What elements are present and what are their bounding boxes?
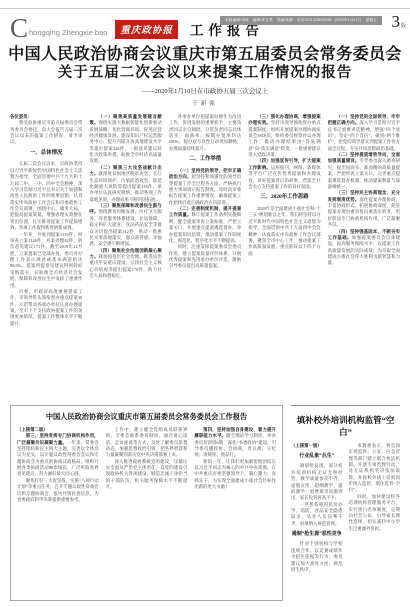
body-paragraph: （二）聚焦三大攻坚战献计出力。就深度贫困地区脱贫攻坚、长江生态环境保护、污染防治…: [89, 165, 161, 203]
lead-article-body: 各位委员：我受政协重庆市第五届委员会常务委员会委托，向大会报告五届二次会议以来的…: [10, 114, 400, 397]
text-column: （一）聚焦高质量发展建言献策。围绕实施大数据智能化创新驱动发展战略、优化营商环境…: [89, 114, 161, 397]
crosshead: 行业乱象“丛生”: [291, 453, 343, 460]
page-label: 版: [401, 24, 406, 29]
body-paragraph: 调研组发现，部分校外培训机构无证无照经营，教学质量参差不齐，虚假宣传、超纲教学、…: [291, 463, 343, 501]
page-number: 3版: [391, 12, 406, 32]
headline-line-2: 关于五届二次会议以来提案工作情况的报告: [0, 65, 410, 82]
paragraph-lead: （二）坚持提质增效导向，全面加强质量建设。: [328, 152, 400, 163]
text-column: （三）强化办理协商，增强提案办理实效。坚持市领导领衔督办重点提案制度，组织开展提…: [248, 114, 320, 397]
body-paragraph: （四）聚焦社会治理创新凝心聚力。就加强基层社会治理、推进法治重庆平安重庆建设、弘…: [89, 248, 161, 280]
body-paragraph: 第三，坚持发挥专门协商机构作用，广泛凝聚共识凝聚力量。一年来，常委会坚持团结和民…: [17, 433, 99, 478]
body-paragraph: 市委、市政府高度重视提案工作，市领导带头领衔督办重点提案38件，示范带动各承办单…: [10, 289, 82, 327]
section-heading: 三、2020年工作思路: [248, 194, 320, 202]
body-paragraph: （上接第一版）: [291, 443, 343, 449]
text-column: （一）坚持党的全面领导，牢牢把握正确方向。深入学习贯彻习近平总书记重要讲话精神，…: [328, 114, 400, 397]
text-column: （上接第二版）第三，坚持发挥专门协商机构作用，广泛凝聚共识凝聚力量。一年来，常委…: [17, 427, 99, 596]
boxed-article-title: 中国人民政治协商会议重庆市第五届委员会常务委员会工作报告: [17, 412, 276, 422]
body-paragraph: 深入推进政协系统党的建设，压紧压实全面从严治党主体责任，以党的建设引领政协机关各…: [106, 459, 188, 491]
body-paragraph: 一年来，共收到提案1339件，经审查立案1126件，并案处理42件，转作意见建议…: [10, 232, 82, 289]
paragraph-lead: （一）聚焦高质量发展建言献策。: [89, 114, 161, 125]
text-column: 第四，坚持加强自身建设，着力提升履职能力水平。健全理论学习制度，举办委员培训班6…: [194, 427, 276, 596]
boxed-article-body: （上接第二版）第三，坚持发挥专门协商机构作用，广泛凝聚共识凝聚力量。一年来，常委…: [17, 427, 276, 596]
paragraph-lead: （四）聚焦社会治理创新凝心聚力。: [89, 248, 161, 259]
body-paragraph: （三）聚焦保障和改善民生鼓与呼。围绕教育均衡发展、医疗卫生服务、养老服务体系建设…: [89, 203, 161, 248]
body-paragraph: （二）完善制度机制，提升提案工作质量。修订提案工作条例实施细则，健全提案审查立案…: [169, 206, 241, 244]
paragraph-lead: （一）坚持党的领导，把牢正确政治方向。: [169, 168, 241, 179]
section-heading: 二、工作举措: [169, 156, 241, 164]
body-paragraph: 工作中，建立健全党组成员联系界别、专委会联系委员制度，通过谈心谈话、走访座谈等方…: [106, 427, 188, 459]
body-paragraph: 五届二次会议以来，市政协坚持以习近平新时代中国特色社会主义思想为指导，全面贯彻中…: [10, 161, 82, 231]
body-paragraph: （三）强化办理协商，增强提案办理实效。坚持市领导领衔督办重点提案制度，组织开展提…: [248, 114, 320, 159]
masthead-latin-name: hongqing Zhengxie bao: [29, 28, 107, 40]
paragraph-lead: 第三，坚持发挥专门协商机构作用，广泛凝聚共识凝聚力量。: [17, 433, 99, 444]
paragraph-lead: （四）加强宣传引导，扩大提案工作影响。: [248, 158, 320, 169]
body-paragraph: （四）坚持强基固本，不断夯实工作基础。加强提案委员会自身建设，提高服务保障水平，…: [328, 229, 400, 267]
bottom-section: 中国人民政治协商会议重庆市第五届委员会常务委员会工作报告 （上接第二版）第三，坚…: [10, 405, 400, 601]
lead-article-headline: 中国人民政治协商会议重庆市第五届委员会常务委员会 关于五届二次会议以来提案工作情…: [0, 46, 410, 107]
paragraph-lead: （三）强化办理协商，增强提案办理实效。: [248, 114, 320, 125]
paragraph-lead: （四）坚持强基固本，不断夯实工作基础。: [328, 229, 400, 240]
masthead-initial: C: [10, 17, 28, 40]
body-paragraph: 聚焦打好三大攻坚战、实施“八项行动计划”等重点任务，召开专题议政性常委会议和专题…: [17, 478, 99, 504]
boxed-article: 中国人民政治协商会议重庆市第五届委员会常务委员会工作报告 （上接第二版）第三，坚…: [10, 405, 283, 601]
body-paragraph: 第四，坚持加强自身建设，着力提升履职能力水平。健全理论学习制度，举办委员培训班6…: [194, 427, 276, 459]
body-paragraph: 2020年是全面建成小康社会和“十三五”规划收官之年。我们将坚持以习近平新时代中…: [248, 206, 320, 257]
crosshead: 遏制“抢生源”恶性竞争: [291, 531, 343, 538]
paragraph-lead: （一）坚持党的全面领导，牢牢把握正确方向。: [328, 114, 400, 125]
body-paragraph: （一）聚焦高质量发展建言献策。围绕实施大数据智能化创新驱动发展战略、优化营商环境…: [89, 114, 161, 165]
body-paragraph: 同时，注重发挥提案委员会委员作用，建立提案质量评价体系，开展优秀提案和先进承办单…: [169, 244, 241, 270]
text-column: 市教委表示，将会同市场监管、公安、应急管理等部门建立联合执法机制，开展专项治理行…: [349, 443, 401, 607]
edition-info-bar: 本版编辑/冉波 编辑/许文君 美编/张静 电话/023-63895045 202…: [220, 16, 382, 25]
body-paragraph: 市教委表示，将会同市场监管、公安、应急管理等部门建立联合执法机制，开展专项治理行…: [349, 443, 401, 494]
right-article: 填补校外培训机构监管“空白” （上接第一版）行业乱象“丛生”调研组发现，部分校外…: [291, 405, 400, 601]
headline-subtitle: ——2020年1月10日在市政协五届三次会议上: [0, 86, 410, 95]
right-article-title: 填补校外培训机构监管“空白”: [291, 414, 400, 438]
body-paragraph: 各承办单位把提案办理作为改进工作、促进发展的重要抓手，主要负责同志亲自阅批、分管…: [169, 114, 241, 152]
body-paragraph: 同时，加快建设校外培训机构管理服务平台，实行黑白名单制度，定期向社会公布，引导家…: [349, 494, 401, 532]
right-article-body: （上接第一版）行业乱象“丛生”调研组发现，部分校外培训机构无证无照经营，教学质量…: [291, 443, 400, 607]
body-paragraph: （二）坚持提质增效导向，全面加强质量建设。引导委员深入调查研究，提出短而实、准而…: [328, 152, 400, 190]
newspaper-page: C hongqing Zhengxie bao 重庆政协报 工作报告 本版编辑/…: [0, 0, 410, 607]
article-author: 王新强: [0, 99, 410, 107]
body-paragraph: 新的一年，让我们更加紧密地团结在以习近平同志为核心的中共中央周围，在中共重庆市委…: [194, 459, 276, 491]
paragraph-lead: 第四，坚持加强自身建设，着力提升履职能力水平。: [194, 427, 276, 438]
body-paragraph: 我受政协重庆市第五届委员会常务委员会委托，向大会报告五届二次会议以来的提案工作情…: [10, 120, 82, 146]
body-paragraph: （三）坚持民主协商理念，充分发挥制度优势。深化提案办理协商，丰富协商形式、拓展协…: [328, 190, 400, 228]
text-column: 各位委员：我受政协重庆市第五届委员会常务委员会委托，向大会报告五届二次会议以来的…: [10, 114, 82, 397]
section-heading: 一、总体情况: [10, 150, 82, 158]
text-column: 工作中，建立健全党组成员联系界别、专委会联系委员制度，通过谈心谈话、走访座谈等方…: [106, 427, 188, 596]
body-paragraph: 一些机构租用民房办学，消防、食品安全隐患较多，从业人员良莠不齐，亟须纳入规范管理…: [291, 502, 343, 528]
body-paragraph: （一）坚持党的全面领导，牢牢把握正确方向。深入学习贯彻习近平总书记重要讲话精神，…: [328, 114, 400, 152]
body-paragraph: 针对个别机构与学校违规合作、以竞赛成绩作为招生依据等行为，委员建议加大查处力度，…: [291, 541, 343, 573]
paragraph-lead: （二）完善制度机制，提升提案工作质量。: [169, 206, 241, 217]
page-header: C hongqing Zhengxie bao 重庆政协报 工作报告 本版编辑/…: [0, 9, 410, 40]
body-paragraph: （一）坚持党的领导，把牢正确政治方向。把坚持和加强党的领导贯穿提案工作全过程各方…: [169, 168, 241, 206]
paragraph-lead: （二）聚焦三大攻坚战献计出力。: [89, 165, 161, 176]
body-paragraph: （四）加强宣传引导，扩大提案工作影响。运用报刊、网络、新媒体等平台广泛宣传优秀提…: [248, 158, 320, 190]
newspaper-logo: 重庆政协报: [115, 20, 178, 39]
text-column: 各承办单位把提案办理作为改进工作、促进发展的重要抓手，主要负责同志亲自阅批、分管…: [169, 114, 241, 397]
text-column: （上接第一版）行业乱象“丛生”调研组发现，部分校外培训机构无证无照经营，教学质量…: [291, 443, 343, 607]
headline-line-1: 中国人民政治协商会议重庆市第五届委员会常务委员会: [0, 46, 410, 64]
page-number-value: 3: [391, 12, 400, 31]
paragraph-lead: （三）聚焦保障和改善民生鼓与呼。: [89, 203, 161, 214]
paragraph-lead: （三）坚持民主协商理念，充分发挥制度优势。: [328, 190, 400, 201]
